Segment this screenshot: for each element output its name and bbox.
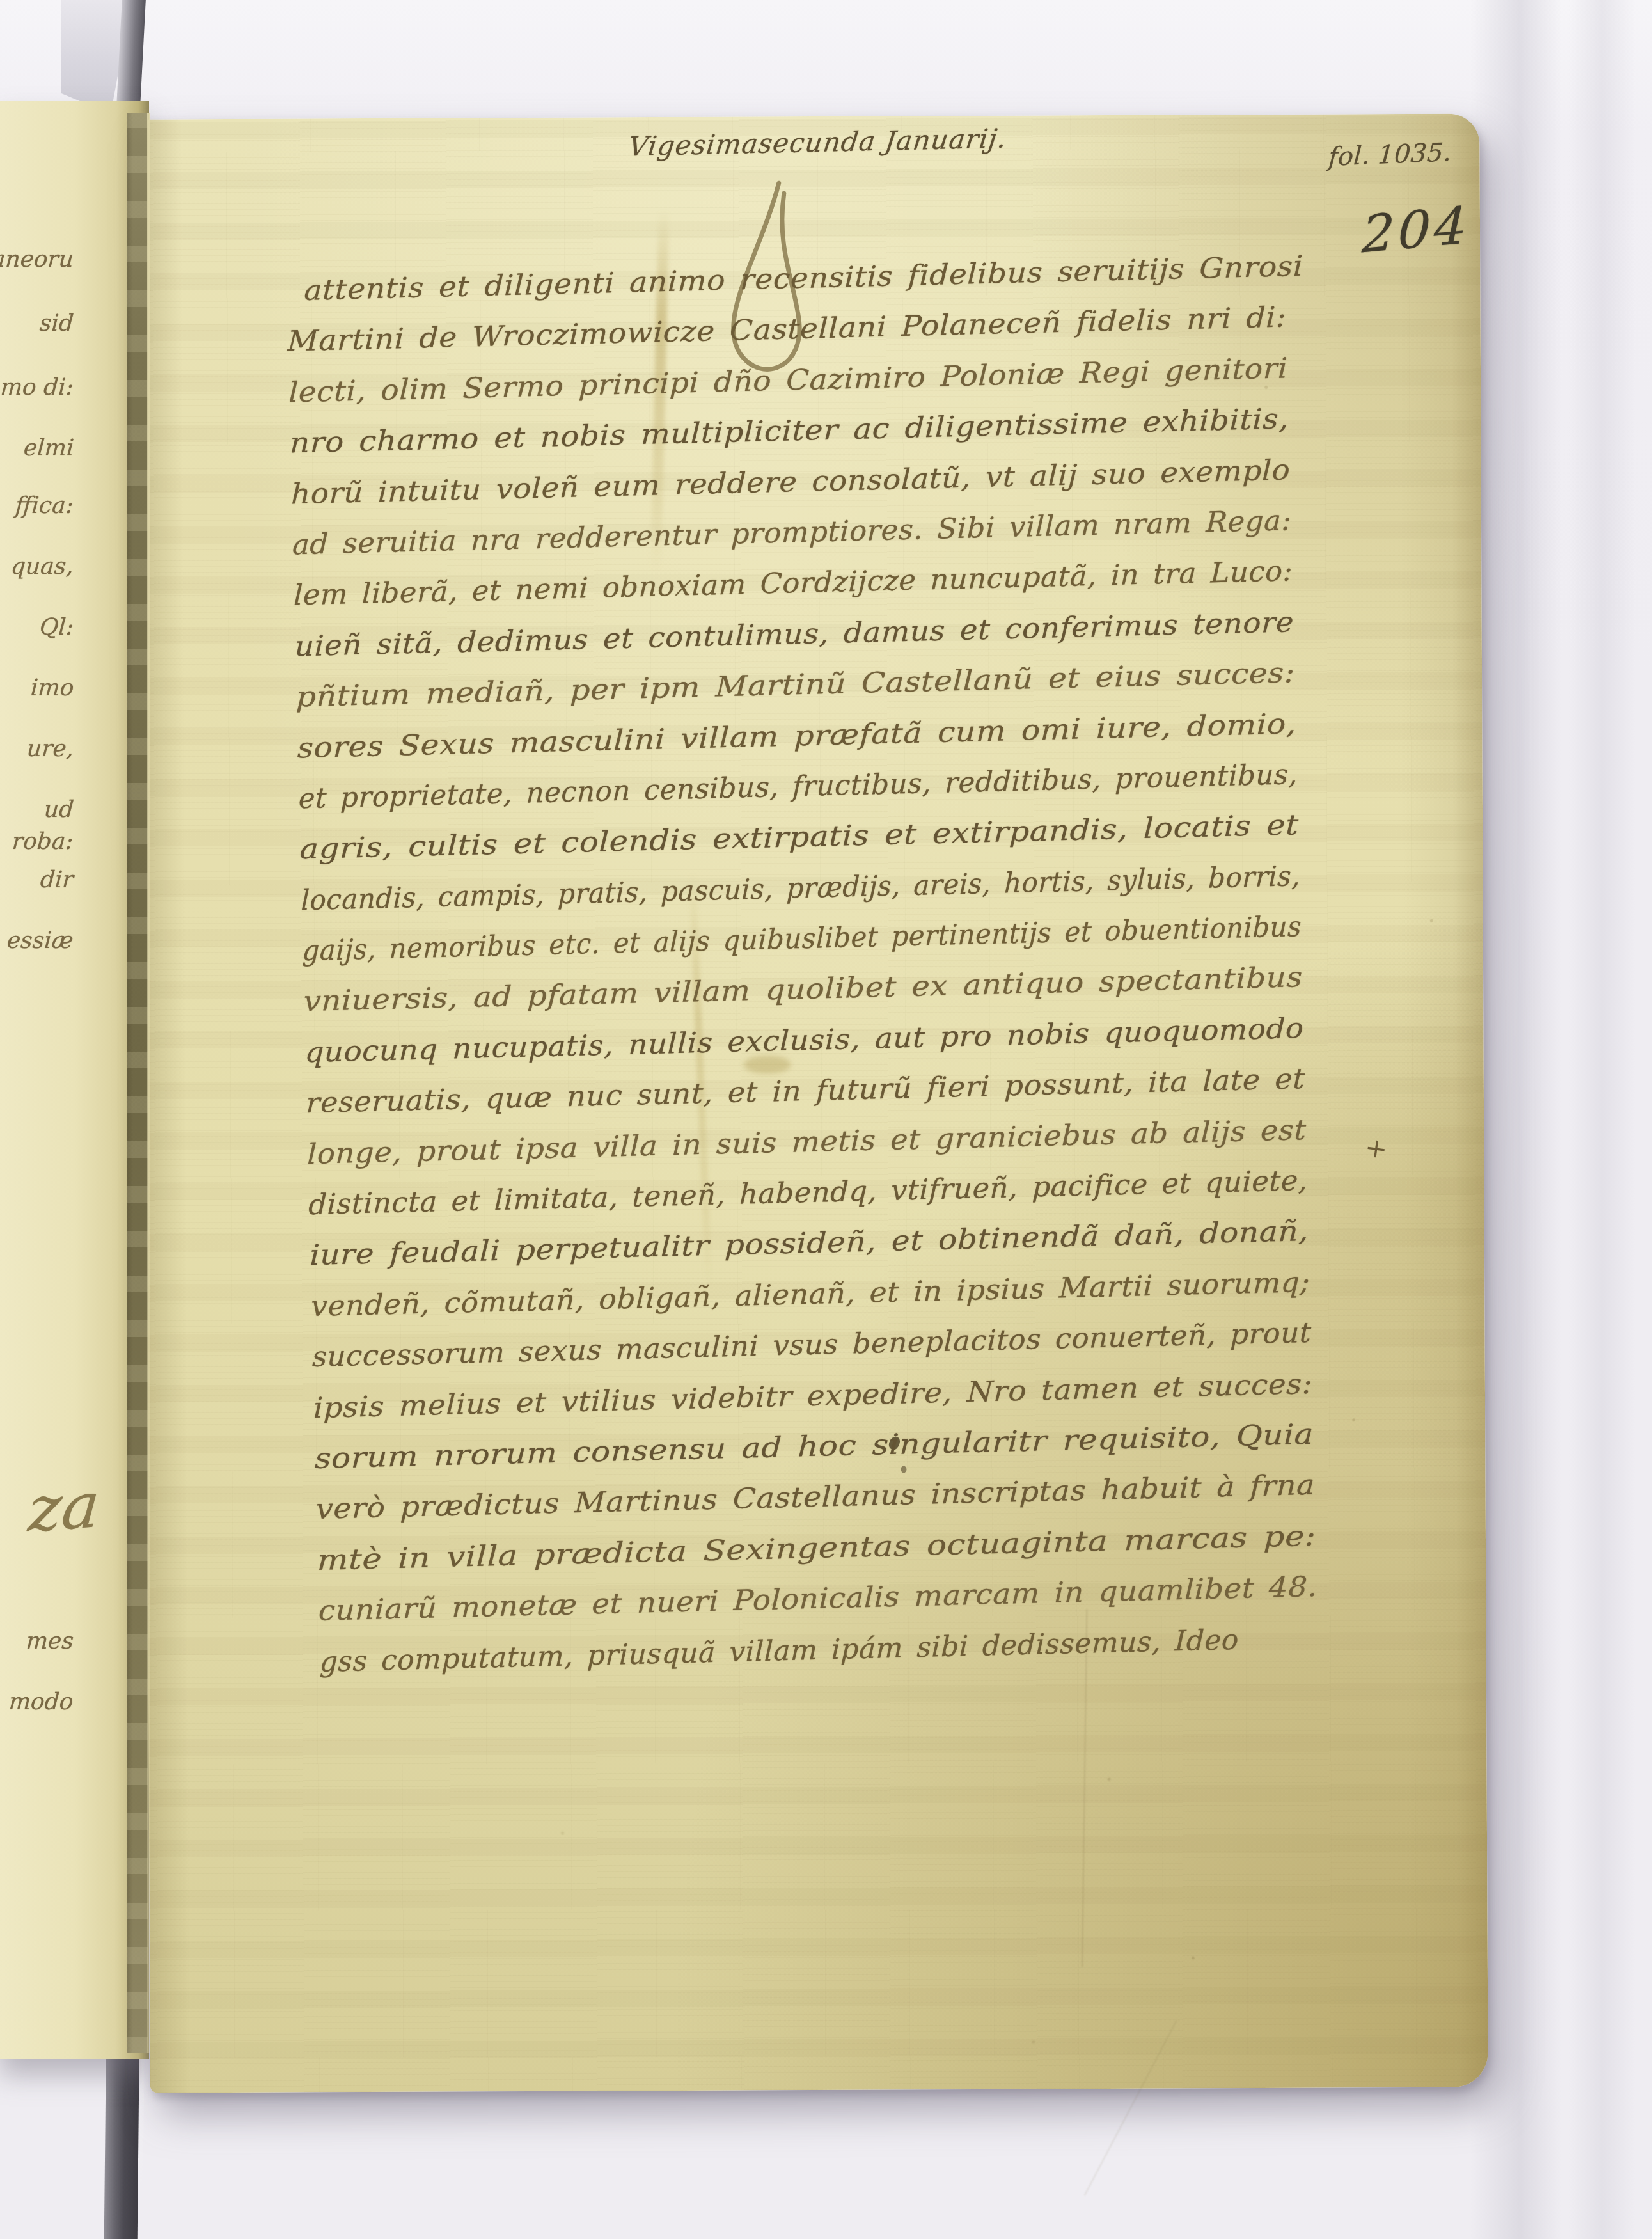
facing-page-fragment: imo <box>29 677 74 700</box>
folio-number: fol. 1035. <box>1328 139 1452 170</box>
facing-page-fragment: aneoru <box>0 248 74 271</box>
manuscript-text-block: attentis et diligenti animo recensitis f… <box>285 246 1320 1692</box>
facing-page-fragment: sid <box>39 312 75 335</box>
facing-page-fragment: dir <box>40 869 74 892</box>
facing-page-fragment: mes <box>26 1630 74 1653</box>
binding-gutter-shadow <box>127 113 148 2053</box>
manuscript-page: Vigesimasecunda Januarij. fol. 1035. 204… <box>141 113 1488 2093</box>
facing-page-fragment: elmi <box>22 437 74 460</box>
page-number: 204 <box>1361 200 1470 260</box>
facing-page-fragment: mo di: <box>0 376 74 399</box>
facing-page-fragment: za <box>26 1474 102 1541</box>
book-cradle-rod-bottom <box>104 2038 139 2239</box>
margin-plus-mark: + <box>1364 1134 1390 1163</box>
facing-page-fragment: quas, <box>10 555 74 578</box>
facing-page-fragment: ud <box>43 798 75 821</box>
facing-page-fragment: essiæ <box>6 930 74 953</box>
manuscript-photo-scene: aneoru sid mo di: elmi ffica: quas, Ql: … <box>0 0 1652 2239</box>
facing-page-fragment: ure, <box>26 738 75 761</box>
running-head-date: Vigesimasecunda Januarij. <box>627 123 1009 163</box>
facing-page-fragment: Ql: <box>39 616 75 639</box>
facing-page-fragment: ffica: <box>15 494 74 518</box>
facing-page-fragment: roba: <box>12 830 74 853</box>
facing-page-fragment: modo <box>8 1691 74 1714</box>
